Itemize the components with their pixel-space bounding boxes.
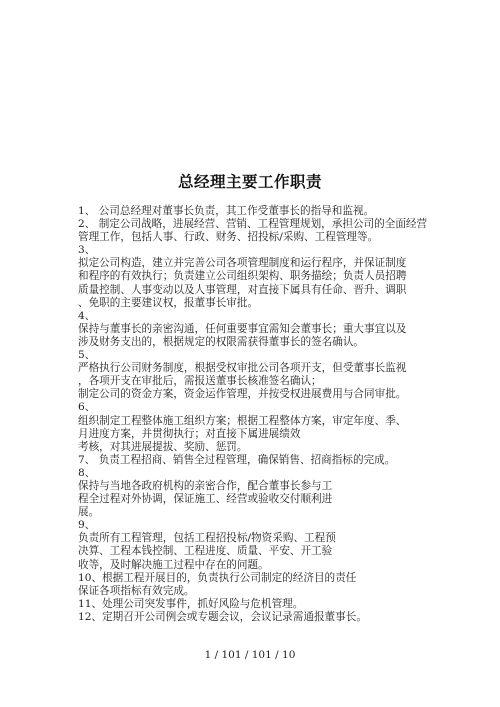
text-line: 11、处理公司突发事件，抓好风险与危机管理。 (78, 598, 428, 611)
text-line: 负责所有工程管理，包括工程招投标/物资采购、工程预 (78, 532, 428, 545)
text-line: 8、 (78, 467, 428, 480)
document-body: 1、 公司总经理对董事长负责，其工作受董事长的指导和监视。 2、 制定公司战略，… (78, 205, 428, 624)
text-line: 严格执行公司财务制度，根据受权审批公司各项开支，但受董事长监视 (78, 362, 428, 375)
text-line: 4、 (78, 310, 428, 323)
text-line: 3、 (78, 244, 428, 257)
text-line: 7、 负责工程招商、销售全过程管理，确保销售、招商指标的完成。 (78, 454, 428, 467)
document-title: 总经理主要工作职责 (0, 170, 500, 192)
text-line: 和程序的有效执行；负责建立公司组织架构、职务描绘；负责人员招聘 (78, 270, 428, 283)
text-line: 9、 (78, 519, 428, 532)
text-line: 决算、工程本钱控制、工程进度、质量、平安、开工验 (78, 545, 428, 558)
text-line: 保证各项指标有效完成。 (78, 585, 428, 598)
text-line: 、免职的主要建议权，报董事长审批。 (78, 297, 428, 310)
text-line: 考核，对其进展提拔、奖励、惩罚。 (78, 441, 428, 454)
text-line: 10、根据工程开展目的，负责执行公司制定的经济目的责任 (78, 572, 428, 585)
text-line: 收等，及时解决施工过程中存在的问题。 (78, 559, 428, 572)
page-number-footer: 1 / 101 / 101 / 10 (0, 649, 500, 661)
text-line: 质量控制、人事变动以及人事管理，对直接下属具有任命、晋升、调职 (78, 284, 428, 297)
text-line: 2、 制定公司战略，进展经营、营销、工程管理规划，承担公司的全面经营 (78, 218, 428, 231)
text-line: 制定公司的资金方案，资金运作管理，并按受权进展费用与合同审批。 (78, 388, 428, 401)
text-line: ，各项开支在审批后，需报送董事长核准签名确认； (78, 375, 428, 388)
text-line: 保持与当地各政府机构的亲密合作，配合董事长参与工 (78, 480, 428, 493)
text-line: 管理工作，包括人事、行政、财务、招投标/采购、工程管理等。 (78, 231, 428, 244)
text-line: 12、定期召开公司例会或专题会议，会议记录需通报董事长。 (78, 611, 428, 624)
text-line: 1、 公司总经理对董事长负责，其工作受董事长的指导和监视。 (78, 205, 428, 218)
text-line: 展。 (78, 506, 428, 519)
text-line: 月进度方案，并贯彻执行；对直接下属进展绩效 (78, 428, 428, 441)
text-line: 拟定公司构造，建立并完善公司各项管理制度和运行程序，并保证制度 (78, 257, 428, 270)
text-line: 保持与董事长的亲密沟通，任何重要事宜需知会董事长；重大事宜以及 (78, 323, 428, 336)
text-line: 涉及财务支出的，根据规定的权限需获得董事长的签名确认。 (78, 336, 428, 349)
text-line: 程全过程对外协调，保证施工、经营或验收交付顺利进 (78, 493, 428, 506)
text-line: 6、 (78, 401, 428, 414)
text-line: 组织制定工程整体施工组织方案；根据工程整体方案，审定年度、季、 (78, 415, 428, 428)
text-line: 5、 (78, 349, 428, 362)
